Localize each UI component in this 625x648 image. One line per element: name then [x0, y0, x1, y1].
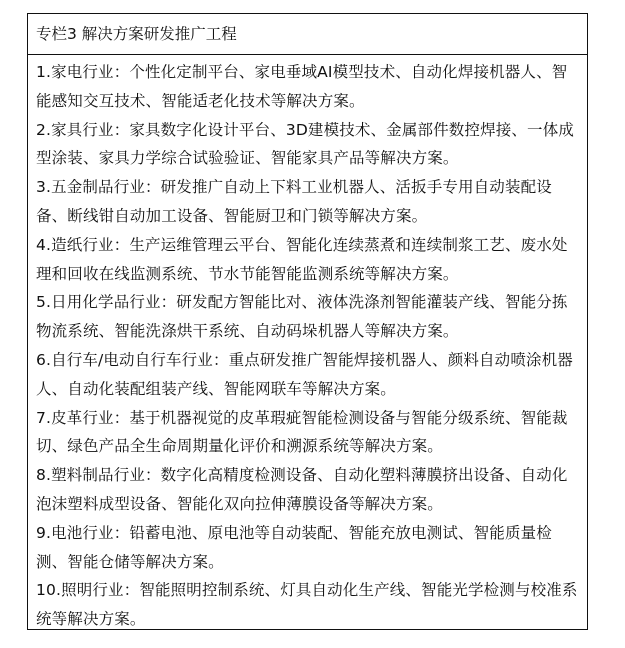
list-item-leather: 7.皮革行业：基于机器视觉的皮革瑕疵智能检测设备与智能分级系统、智能裁切、绿色产…	[36, 404, 579, 462]
list-item-papermaking: 4.造纸行业：生产运维管理云平台、智能化连续蒸煮和连续制浆工艺、废水处理和回收在…	[36, 231, 579, 289]
list-item-plastics: 8.塑料制品行业：数字化高精度检测设备、自动化塑料薄膜挤出设备、自动化泡沫塑料成…	[36, 461, 579, 519]
list-item-furniture: 2.家具行业：家具数字化设计平台、3D建模技术、金属部件数控焊接、一体成型涂装、…	[36, 116, 579, 174]
list-item-bicycle: 6.自行车/电动自行车行业：重点研发推广智能焊接机器人、颜料自动喷涂机器人、自动…	[36, 346, 579, 404]
list-item-battery: 9.电池行业：铅蓄电池、原电池等自动装配、智能充放电测试、智能质量检测、智能仓储…	[36, 519, 579, 577]
list-item-home-appliance: 1.家电行业：个性化定制平台、家电垂域AI模型技术、自动化焊接机器人、智能感知交…	[36, 58, 579, 116]
list-item-daily-chemicals: 5.日用化学品行业：研发配方智能比对、液体洗涤剂智能灌装产线、智能分拣物流系统、…	[36, 288, 579, 346]
table-title: 专栏3 解决方案研发推广工程	[28, 14, 587, 55]
list-item-lighting: 10.照明行业：智能照明控制系统、灯具自动化生产线、智能光学检测与校准系统等解决…	[36, 576, 579, 634]
table-content: 1.家电行业：个性化定制平台、家电垂域AI模型技术、自动化焊接机器人、智能感知交…	[28, 55, 587, 634]
list-item-hardware: 3.五金制品行业：研发推广自动上下料工业机器人、活扳手专用自动装配设备、断线钳自…	[36, 173, 579, 231]
solution-table: 专栏3 解决方案研发推广工程 1.家电行业：个性化定制平台、家电垂域AI模型技术…	[27, 13, 588, 630]
